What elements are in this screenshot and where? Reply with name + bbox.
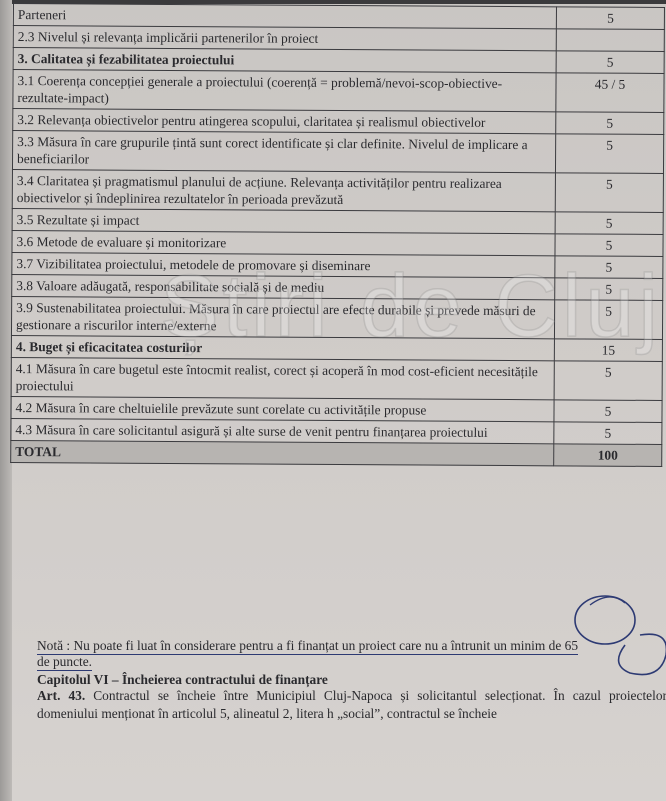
points-cell: 5 xyxy=(555,212,663,235)
points-cell: 5 xyxy=(555,234,663,257)
table-row: 4.1 Măsura în care bugetul este întocmit… xyxy=(11,357,662,400)
points-cell: 5 xyxy=(555,173,663,213)
table-row: 3.3 Măsura în care grupurile țintă sunt … xyxy=(12,131,663,174)
criterion-cell: TOTAL xyxy=(11,440,554,465)
criterion-cell: 3.1 Coerența concepției generale a proie… xyxy=(13,70,556,112)
criterion-cell: 3.9 Sustenabilitatea proiectului. Măsura… xyxy=(11,296,554,338)
table-row: 3.1 Coerența concepției generale a proie… xyxy=(13,70,664,113)
points-cell: 5 xyxy=(554,361,662,401)
article-text: Contractul se încheie între Municipiul C… xyxy=(37,688,666,721)
points-cell: 5 xyxy=(556,7,664,30)
points-cell: 15 xyxy=(554,339,662,362)
scoring-table: Parteneri52.3 Nivelul și relevanța impli… xyxy=(10,3,665,467)
points-cell: 5 xyxy=(556,112,664,135)
note-line-1: Notă : Nu poate fi luat în considerare p… xyxy=(37,638,578,655)
pen-circle-annotation xyxy=(570,585,666,685)
points-cell: 5 xyxy=(555,278,663,301)
points-cell: 5 xyxy=(556,51,664,74)
article-43: Art. 43. Contractul se încheie între Mun… xyxy=(37,687,666,723)
points-cell: 45 / 5 xyxy=(556,73,664,113)
article-label: Art. 43. xyxy=(37,688,85,703)
criterion-cell: 4.1 Măsura în care bugetul este întocmit… xyxy=(11,357,554,399)
points-cell: 100 xyxy=(554,444,662,467)
criterion-cell: 3.3 Măsura în care grupurile țintă sunt … xyxy=(12,131,555,173)
note-line-2: de puncte. xyxy=(37,654,92,671)
criterion-cell: 3.4 Claritatea și pragmatismul planului … xyxy=(12,169,555,211)
points-cell: 5 xyxy=(555,300,663,340)
points-cell: 5 xyxy=(555,256,663,279)
document-page: Parteneri52.3 Nivelul și relevanța impli… xyxy=(10,0,666,801)
points-cell: 5 xyxy=(554,422,662,445)
note-paragraph: Notă : Nu poate fi luat în considerare p… xyxy=(37,638,657,670)
points-cell xyxy=(556,29,664,52)
points-cell: 5 xyxy=(554,400,662,423)
total-row: TOTAL100 xyxy=(11,440,662,466)
table-row: 3.4 Claritatea și pragmatismul planului … xyxy=(12,169,663,212)
points-cell: 5 xyxy=(556,134,664,174)
chapter-title: Capitolul VI – Încheierea contractului d… xyxy=(37,672,328,688)
table-row: 3.9 Sustenabilitatea proiectului. Măsura… xyxy=(11,296,662,339)
